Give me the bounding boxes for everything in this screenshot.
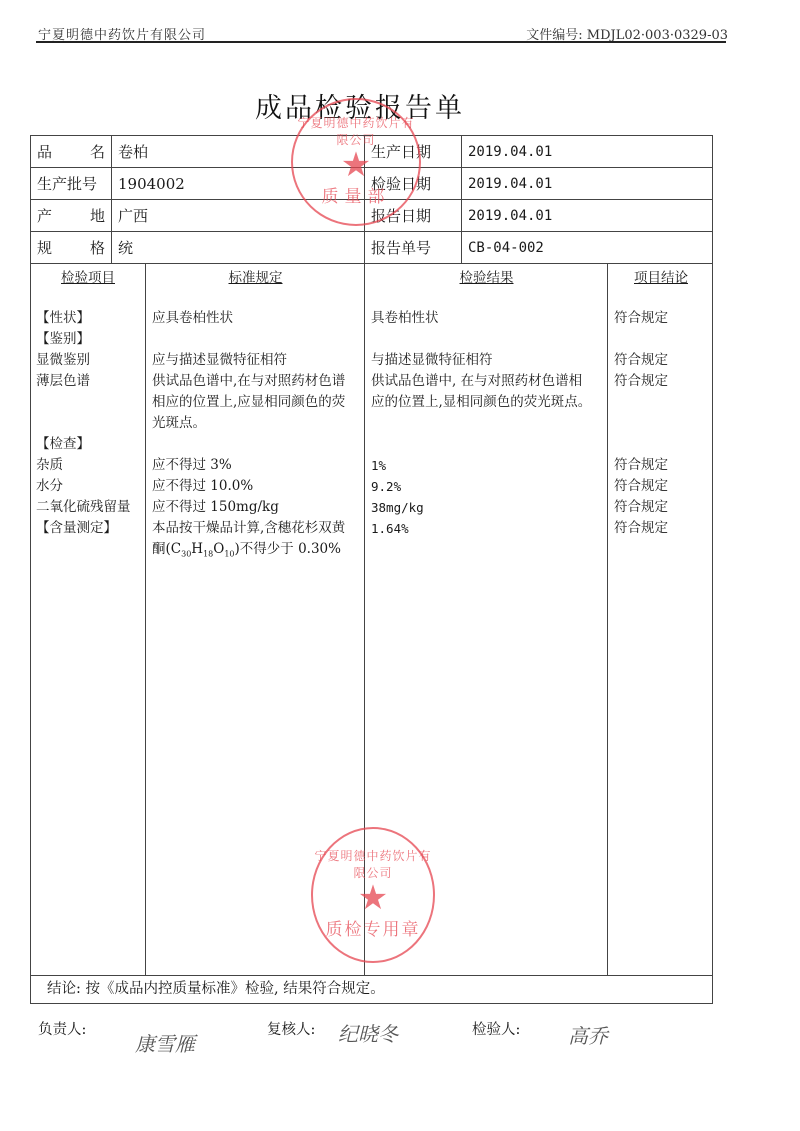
info-table: 品名 卷柏 生产日期 2019.04.01 生产批号 1904002 检验日期 … xyxy=(30,135,713,264)
conclusion-list: 符合规定符合规定符合规定符合规定符合规定符合规定符合规定 xyxy=(608,308,714,560)
info-row: 生产批号 1904002 检验日期 2019.04.01 xyxy=(31,168,713,200)
conclusion-text xyxy=(608,413,714,434)
conclusion-text: 符合规定 xyxy=(608,518,714,539)
responsible-label: 负责人: xyxy=(38,1018,86,1039)
standard-text: 光斑点。 xyxy=(146,413,365,434)
item-text: 薄层色谱 xyxy=(31,371,145,392)
info-row: 品名 卷柏 生产日期 2019.04.01 xyxy=(31,136,713,168)
char: 地 xyxy=(90,205,105,226)
spec-label: 规格 xyxy=(31,232,112,264)
inspection-date-value: 2019.04.01 xyxy=(462,168,713,200)
item-text xyxy=(31,392,145,413)
standard-text xyxy=(146,434,365,455)
production-date-label: 生产日期 xyxy=(365,136,462,168)
result-text: 1.64% xyxy=(365,518,608,539)
responsible-signature: 康雪雁 xyxy=(135,1028,195,1057)
column-header-item: 检验项目 xyxy=(31,266,145,308)
standard-text: 应不得过 3% xyxy=(146,455,365,476)
overall-conclusion: 结论: 按《成品内控质量标准》检验, 结果符合规定。 xyxy=(30,975,713,1004)
origin-value: 广西 xyxy=(112,200,365,232)
standard-text: 酮(C30H18O10)不得少于 0.30% xyxy=(146,539,365,560)
spread-label: 产地 xyxy=(37,205,105,226)
info-row: 规格 统 报告单号 CB-04-002 xyxy=(31,232,713,264)
item-text: 杂质 xyxy=(31,455,145,476)
char: 产 xyxy=(37,205,52,226)
spread-label: 品名 xyxy=(37,141,105,162)
result-text xyxy=(365,539,608,560)
item-column: 检验项目 【性状】【鉴别】显微鉴别薄层色谱【检查】杂质水分二氧化硫残留量【含量测… xyxy=(31,263,145,975)
item-text: 【含量测定】 xyxy=(31,518,145,539)
conclusion-text: 符合规定 xyxy=(608,371,714,392)
formula-text: 酮(C xyxy=(152,541,181,557)
result-text: 9.2% xyxy=(365,476,608,497)
conclusion-text: 符合规定 xyxy=(608,497,714,518)
product-name-label: 品名 xyxy=(31,136,112,168)
result-text xyxy=(365,329,608,350)
conclusion-text xyxy=(608,392,714,413)
conclusion-text: 符合规定 xyxy=(608,476,714,497)
column-header-result: 检验结果 xyxy=(365,266,608,308)
char: 品 xyxy=(37,141,52,162)
standard-list: 应具卷柏性状应与描述显微特征相符供试品色谱中,在与对照药材色谱相应的位置上,应显… xyxy=(146,308,365,560)
item-text: 【鉴别】 xyxy=(31,329,145,350)
inspector-label: 检验人: xyxy=(472,1018,520,1039)
item-text: 显微鉴别 xyxy=(31,350,145,371)
item-text xyxy=(31,413,145,434)
result-text: 与描述显微特征相符 xyxy=(365,350,608,371)
info-row: 产地 广西 报告日期 2019.04.01 xyxy=(31,200,713,232)
conclusion-text: 符合规定 xyxy=(608,455,714,476)
item-list: 【性状】【鉴别】显微鉴别薄层色谱【检查】杂质水分二氧化硫残留量【含量测定】 xyxy=(31,308,145,560)
standard-text: 供试品色谱中,在与对照药材色谱 xyxy=(146,371,365,392)
report-no-value: CB-04-002 xyxy=(462,232,713,264)
reviewer-label: 复核人: xyxy=(267,1018,315,1039)
column-header-conclusion: 项目结论 xyxy=(608,266,714,308)
inspector-signature: 高乔 xyxy=(568,1020,608,1049)
conclusion-text xyxy=(608,539,714,560)
report-date-label: 报告日期 xyxy=(365,200,462,232)
standard-text: 应具卷柏性状 xyxy=(146,308,365,329)
result-text xyxy=(365,413,608,434)
result-text: 供试品色谱中, 在与对照药材色谱相 xyxy=(365,371,608,392)
result-text xyxy=(365,434,608,455)
result-text: 1% xyxy=(365,455,608,476)
report-date-value: 2019.04.01 xyxy=(462,200,713,232)
header-divider xyxy=(36,41,726,43)
standard-text: 应与描述显微特征相符 xyxy=(146,350,365,371)
inspection-date-label: 检验日期 xyxy=(365,168,462,200)
item-text xyxy=(31,539,145,560)
formula-subscript: 30 xyxy=(181,550,191,559)
conclusion-text: 符合规定 xyxy=(608,308,714,329)
origin-label: 产地 xyxy=(31,200,112,232)
page-title: 成品检验报告单 xyxy=(0,86,720,125)
item-text: 水分 xyxy=(31,476,145,497)
char: 规 xyxy=(37,237,52,258)
conclusion-text: 符合规定 xyxy=(608,350,714,371)
standard-text: 本品按干燥品计算,含穗花杉双黄 xyxy=(146,518,365,539)
results-table: 检验项目 【性状】【鉴别】显微鉴别薄层色谱【检查】杂质水分二氧化硫残留量【含量测… xyxy=(30,263,713,975)
standard-text: 相应的位置上,应显相同颜色的荧 xyxy=(146,392,365,413)
formula-subscript: 10 xyxy=(224,550,234,559)
formula-subscript: 18 xyxy=(203,550,213,559)
formula-text: O xyxy=(213,541,224,557)
batch-label: 生产批号 xyxy=(31,168,112,200)
conclusion-column: 项目结论 符合规定符合规定符合规定符合规定符合规定符合规定符合规定 xyxy=(607,263,714,975)
formula-text: H xyxy=(191,541,203,557)
conclusion-text xyxy=(608,329,714,350)
char: 格 xyxy=(90,237,105,258)
product-name-value: 卷柏 xyxy=(112,136,365,168)
spread-label: 规格 xyxy=(37,237,105,258)
result-text: 应的位置上,显相同颜色的荧光斑点。 xyxy=(365,392,608,413)
standard-text xyxy=(146,329,365,350)
result-list: 具卷柏性状与描述显微特征相符供试品色谱中, 在与对照药材色谱相应的位置上,显相同… xyxy=(365,308,608,560)
result-column: 检验结果 具卷柏性状与描述显微特征相符供试品色谱中, 在与对照药材色谱相应的位置… xyxy=(364,263,608,975)
production-date-value: 2019.04.01 xyxy=(462,136,713,168)
report-no-label: 报告单号 xyxy=(365,232,462,264)
formula-text: )不得少于 0.30% xyxy=(235,541,341,557)
standard-text: 应不得过 10.0% xyxy=(146,476,365,497)
page-title-text: 成品检验报告单 xyxy=(255,86,465,125)
result-text: 具卷柏性状 xyxy=(365,308,608,329)
item-text: 【检查】 xyxy=(31,434,145,455)
char: 名 xyxy=(90,141,105,162)
standard-text: 应不得过 150mg/kg xyxy=(146,497,365,518)
result-text: 38mg/kg xyxy=(365,497,608,518)
spec-value: 统 xyxy=(112,232,365,264)
item-text: 二氧化硫残留量 xyxy=(31,497,145,518)
item-text: 【性状】 xyxy=(31,308,145,329)
reviewer-signature: 纪晓冬 xyxy=(338,1018,398,1047)
standard-column: 标准规定 应具卷柏性状应与描述显微特征相符供试品色谱中,在与对照药材色谱相应的位… xyxy=(145,263,365,975)
batch-value: 1904002 xyxy=(112,168,365,200)
conclusion-text xyxy=(608,434,714,455)
column-header-standard: 标准规定 xyxy=(146,266,365,308)
